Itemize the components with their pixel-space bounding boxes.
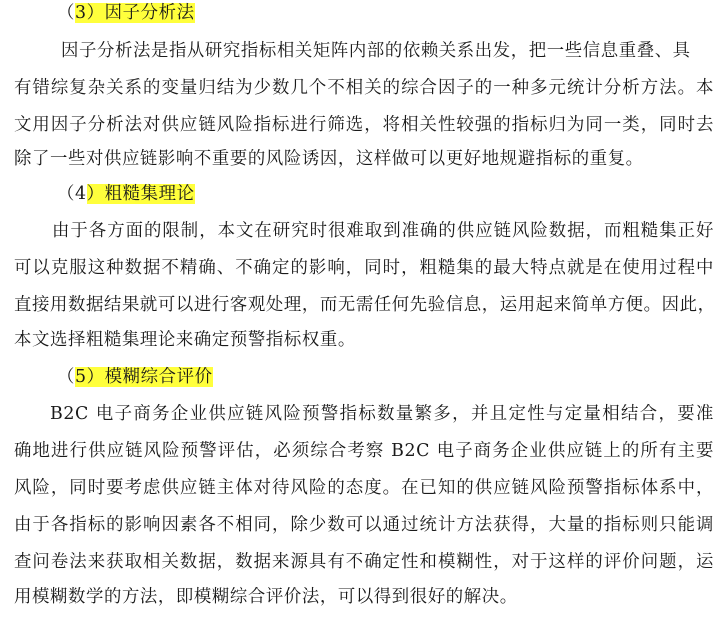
paragraph-line: 因子分析法是指从研究指标相关矩阵内部的依赖关系出发，把一些信息重叠、具 <box>61 40 714 62</box>
paragraph-line: 本文选择粗糙集理论来确定预警指标权重。 <box>14 329 714 351</box>
paragraph-line: 有错综复杂关系的变量归结为少数几个不相关的综合因子的一种多元统计分析方法。本 <box>14 77 714 99</box>
document-page: （3）因子分析法 因子分析法是指从研究指标相关矩阵内部的依赖关系出发，把一些信息… <box>0 0 720 621</box>
paragraph-line: 由于各方面的限制，本文在研究时很难取到准确的供应链风险数据，而粗糙集正好 <box>52 220 714 242</box>
paragraph-line: 用模糊数学的方法，即模糊综合评价法，可以得到很好的解决。 <box>14 586 714 608</box>
heading-prefix: （4 <box>57 184 87 204</box>
paragraph-line: 查问卷法来获取相关数据，数据来源具有不确定性和模糊性，对于这样的评价问题，运 <box>14 551 714 573</box>
paragraph-line: B2C 电子商务企业供应链风险预警指标数量繁多，并且定性与定量相结合，要准 <box>50 403 714 425</box>
paragraph-line: 文用因子分析法对供应链风险指标进行筛选，将相关性较强的指标归为同一类，同时去 <box>14 114 714 136</box>
section-heading-rough-set: （4）粗糙集理论 <box>57 183 195 205</box>
heading-prefix: （ <box>57 3 75 23</box>
heading-prefix: （ <box>57 367 75 387</box>
paragraph-line: 确地进行供应链风险预警评估，必须综合考察 B2C 电子商务企业供应链上的所有主要 <box>14 440 714 462</box>
heading-highlighted-text: ）粗糙集理论 <box>87 184 195 204</box>
paragraph-line: 风险，同时要考虑供应链主体对待风险的态度。在已知的供应链风险预警指标体系中， <box>14 477 714 499</box>
paragraph-line: 可以克服这种数据不精确、不确定的影响，同时，粗糙集的最大特点就是在使用过程中 <box>14 257 714 279</box>
paragraph-line: 由于各指标的影响因素各不相同，除少数可以通过统计方法获得，大量的指标则只能调 <box>14 514 714 536</box>
section-heading-factor-analysis: （3）因子分析法 <box>57 2 195 24</box>
heading-highlighted-text: 3）因子分析法 <box>75 3 195 23</box>
section-heading-fuzzy-evaluation: （5）模糊综合评价 <box>57 366 213 388</box>
paragraph-line: 除了一些对供应链影响不重要的风险诱因，这样做可以更好地规避指标的重复。 <box>14 148 714 170</box>
paragraph-line: 直接用数据结果就可以进行客观处理，而无需任何先验信息，运用起来简单方便。因此， <box>14 294 714 316</box>
heading-highlighted-text: 5）模糊综合评价 <box>75 367 213 387</box>
